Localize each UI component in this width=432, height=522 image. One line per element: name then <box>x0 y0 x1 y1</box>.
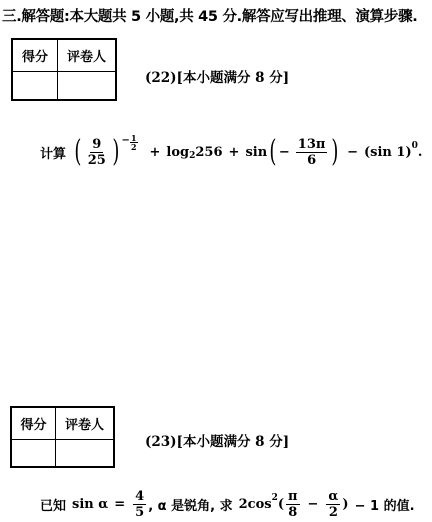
question-23-heading: (23)[本小题满分 8 分] <box>145 430 289 450</box>
cos-exponent: 2 <box>272 493 278 503</box>
cos-text: 2cos <box>239 497 272 512</box>
condition-text: , α 是锐角, 求 <box>148 495 232 514</box>
minus-sign: − <box>347 145 358 160</box>
fraction-4-5: 4 5 <box>133 490 146 519</box>
section-title: 三.解答题:本大题共 5 小题,共 45 分.解答应写出推理、演算步骤. <box>2 5 418 26</box>
grader-header: 评卷人 <box>56 407 115 439</box>
grader-cell[interactable] <box>56 439 115 467</box>
plus-sign: + <box>150 145 161 160</box>
fraction-pi-8: π 8 <box>286 490 300 519</box>
exponent-sign: − <box>122 135 130 146</box>
question-22-heading: (22)[本小题满分 8 分] <box>145 66 289 86</box>
close-paren: ) <box>112 137 119 167</box>
plus-sign: + <box>229 145 240 160</box>
zero-exponent: 0 <box>412 141 418 151</box>
equals-sign: = <box>114 497 125 512</box>
fraction-13pi-6: 13π 6 <box>296 138 328 167</box>
score-table-1: 得分 评卷人 <box>11 38 117 101</box>
grader-cell[interactable] <box>58 71 117 100</box>
prompt-label: 计算 <box>40 143 66 162</box>
close-paren: ) <box>332 137 339 167</box>
tail-text: − 1 的值. <box>355 495 415 514</box>
open-paren: ( <box>74 137 81 167</box>
grader-header: 评卷人 <box>58 39 117 71</box>
score-header: 得分 <box>11 407 56 439</box>
score-header: 得分 <box>12 39 58 71</box>
log-text: log <box>166 145 189 160</box>
minus-sign: − <box>279 145 290 160</box>
exponent-fraction: 1 2 <box>130 134 138 151</box>
score-cell[interactable] <box>12 71 58 100</box>
question-22-expression: 计算 ( 9 25 ) − 1 2 + log2256 + sin ( − 13… <box>40 131 422 173</box>
fraction-alpha-2: α 2 <box>326 490 340 519</box>
fraction-9-25: 9 25 <box>86 138 108 167</box>
sin-alpha: sin α <box>72 497 108 512</box>
question-23-expression: 已知 sin α = 4 5 , α 是锐角, 求 2cos2( π 8 − α… <box>40 487 415 521</box>
log-argument: 256 <box>195 145 222 160</box>
prompt-label: 已知 <box>40 495 66 514</box>
sin-text: sin <box>245 145 267 160</box>
score-table-2: 得分 评卷人 <box>10 406 115 468</box>
score-cell[interactable] <box>11 439 56 467</box>
log-base: 2 <box>189 151 195 161</box>
open-paren: ( <box>270 137 277 167</box>
sin1-term: (sin 1) <box>364 145 412 160</box>
minus-sign: − <box>308 497 319 512</box>
